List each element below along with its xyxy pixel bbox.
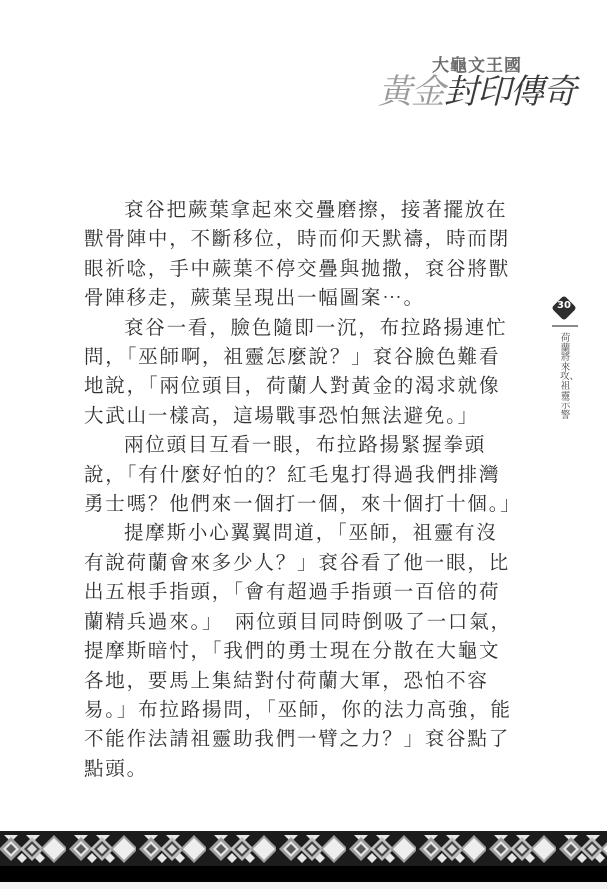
- decorative-footer-border: [0, 831, 607, 889]
- bottom-strip: [0, 882, 607, 889]
- book-title: 黃金封印傳奇: [378, 70, 576, 114]
- page-number: 30: [548, 300, 580, 311]
- diamond-pattern-icon: [0, 831, 607, 866]
- paragraph: 袞谷一看，臉色隨即一沉，布拉路揚連忙問，「巫師啊，祖靈怎麼說？」袞谷臉色難看地說…: [84, 313, 514, 431]
- paragraph: 袞谷把蕨葉拿起來交疊磨擦，接著擺放在獸骨陣中，不斷移位，時而仰天默禱，時而閉眼祈…: [84, 195, 514, 313]
- divider: [552, 325, 578, 327]
- chapter-caption: 荷蘭將來攻、祖靈示警: [560, 334, 571, 420]
- book-title-light: 黃金: [378, 72, 444, 112]
- diamond-pattern-band: [0, 831, 607, 866]
- black-bar: [0, 866, 607, 882]
- paragraph: 提摩斯小心翼翼問道，「巫師，祖靈有沒有說荷蘭會來多少人？」袞谷看了他一眼，比出五…: [84, 518, 514, 783]
- book-title-dark: 封印傳奇: [444, 72, 576, 112]
- paragraph: 兩位頭目互看一眼，布拉路揚緊握拳頭說，「有什麼好怕的？紅毛鬼打得過我們排灣勇士嗎…: [84, 430, 514, 518]
- book-header: 大龜文王國 黃金封印傳奇: [370, 40, 590, 130]
- body-text: 袞谷把蕨葉拿起來交疊磨擦，接著擺放在獸骨陣中，不斷移位，時而仰天默禱，時而閉眼祈…: [84, 195, 514, 783]
